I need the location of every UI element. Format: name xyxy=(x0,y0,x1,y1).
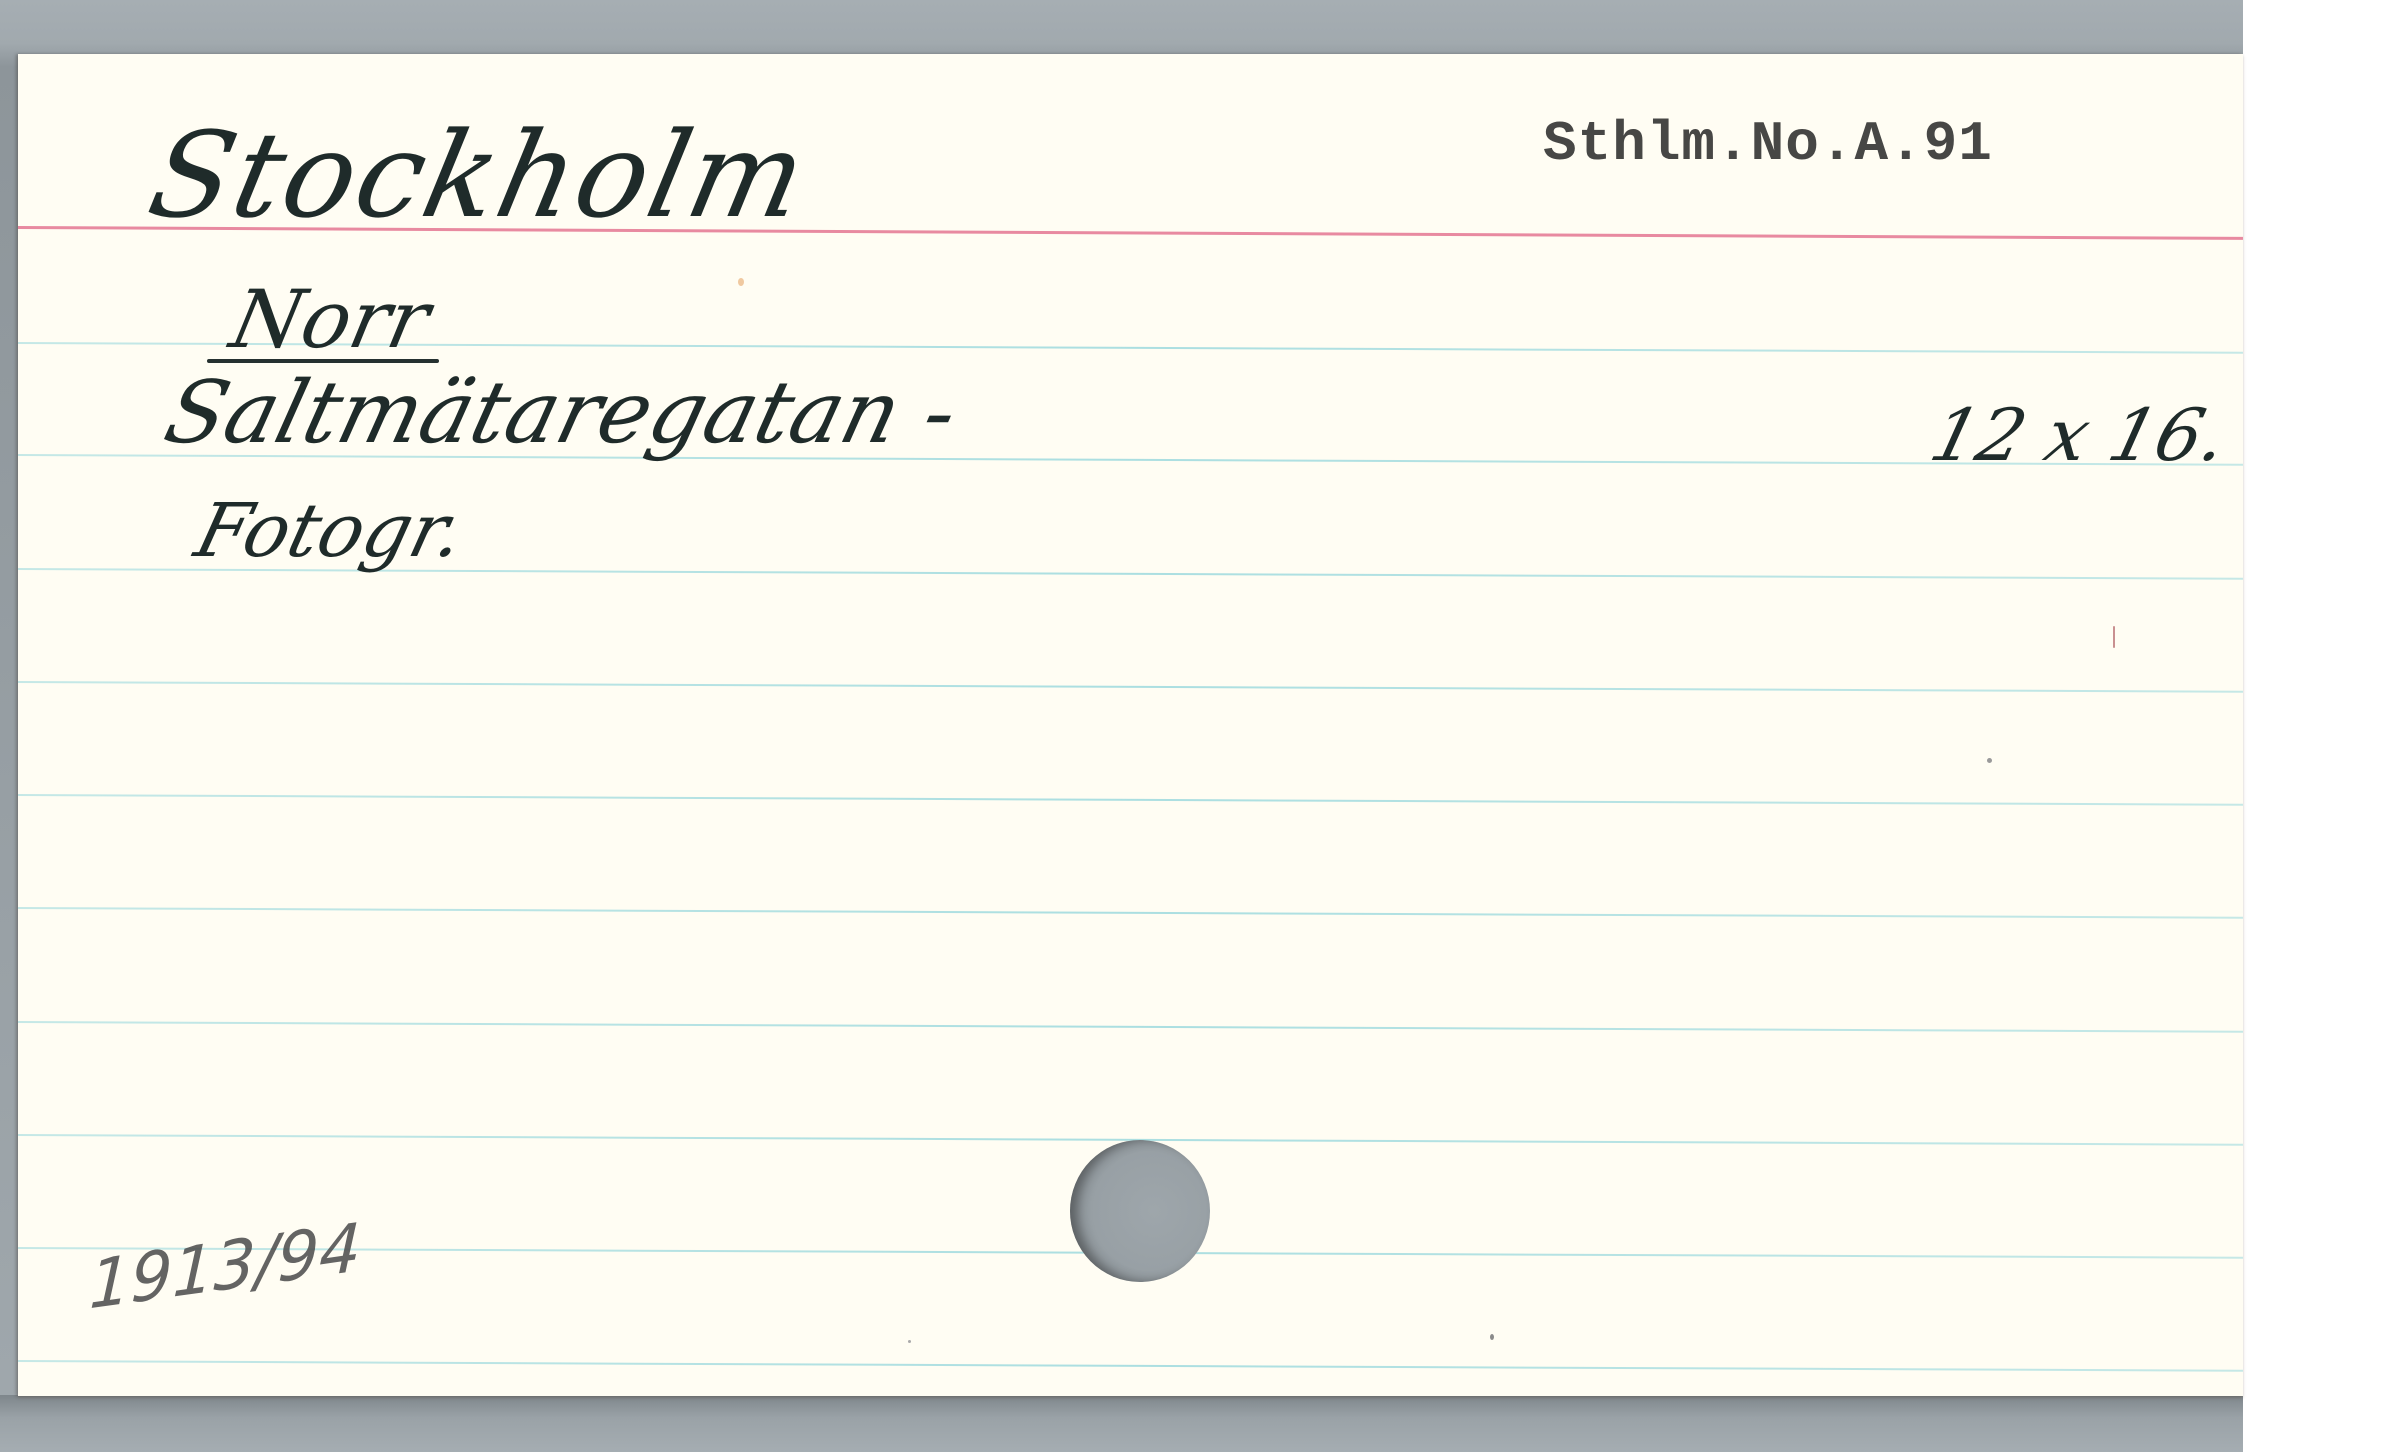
accession-number: 1913/94 xyxy=(88,1214,362,1319)
ruled-line xyxy=(18,1360,2243,1372)
paper-speck xyxy=(1490,1334,1494,1340)
ruled-line xyxy=(18,681,2243,693)
paper-speck xyxy=(2113,626,2115,648)
dimensions: 12 x 16. xyxy=(1924,399,2234,471)
card-heading-city: Stockholm xyxy=(140,116,817,234)
paper-speck xyxy=(908,1340,911,1343)
catalog-number: Sthlm.No.A.91 xyxy=(1543,116,1993,172)
index-card: Stockholm Sthlm.No.A.91 Norr Saltmätareg… xyxy=(18,54,2243,1396)
item-type: Fotogr. xyxy=(189,494,472,568)
street-name: Saltmätaregatan - xyxy=(157,370,965,456)
paper-speck xyxy=(738,278,744,286)
punch-hole xyxy=(1070,1140,1210,1282)
paper-speck xyxy=(1987,758,1992,763)
ruled-line xyxy=(18,794,2243,806)
scanner-background-bottom xyxy=(0,1395,2243,1452)
ruled-line xyxy=(18,907,2243,919)
ruled-line xyxy=(18,1021,2243,1033)
district-label: Norr xyxy=(224,280,436,360)
